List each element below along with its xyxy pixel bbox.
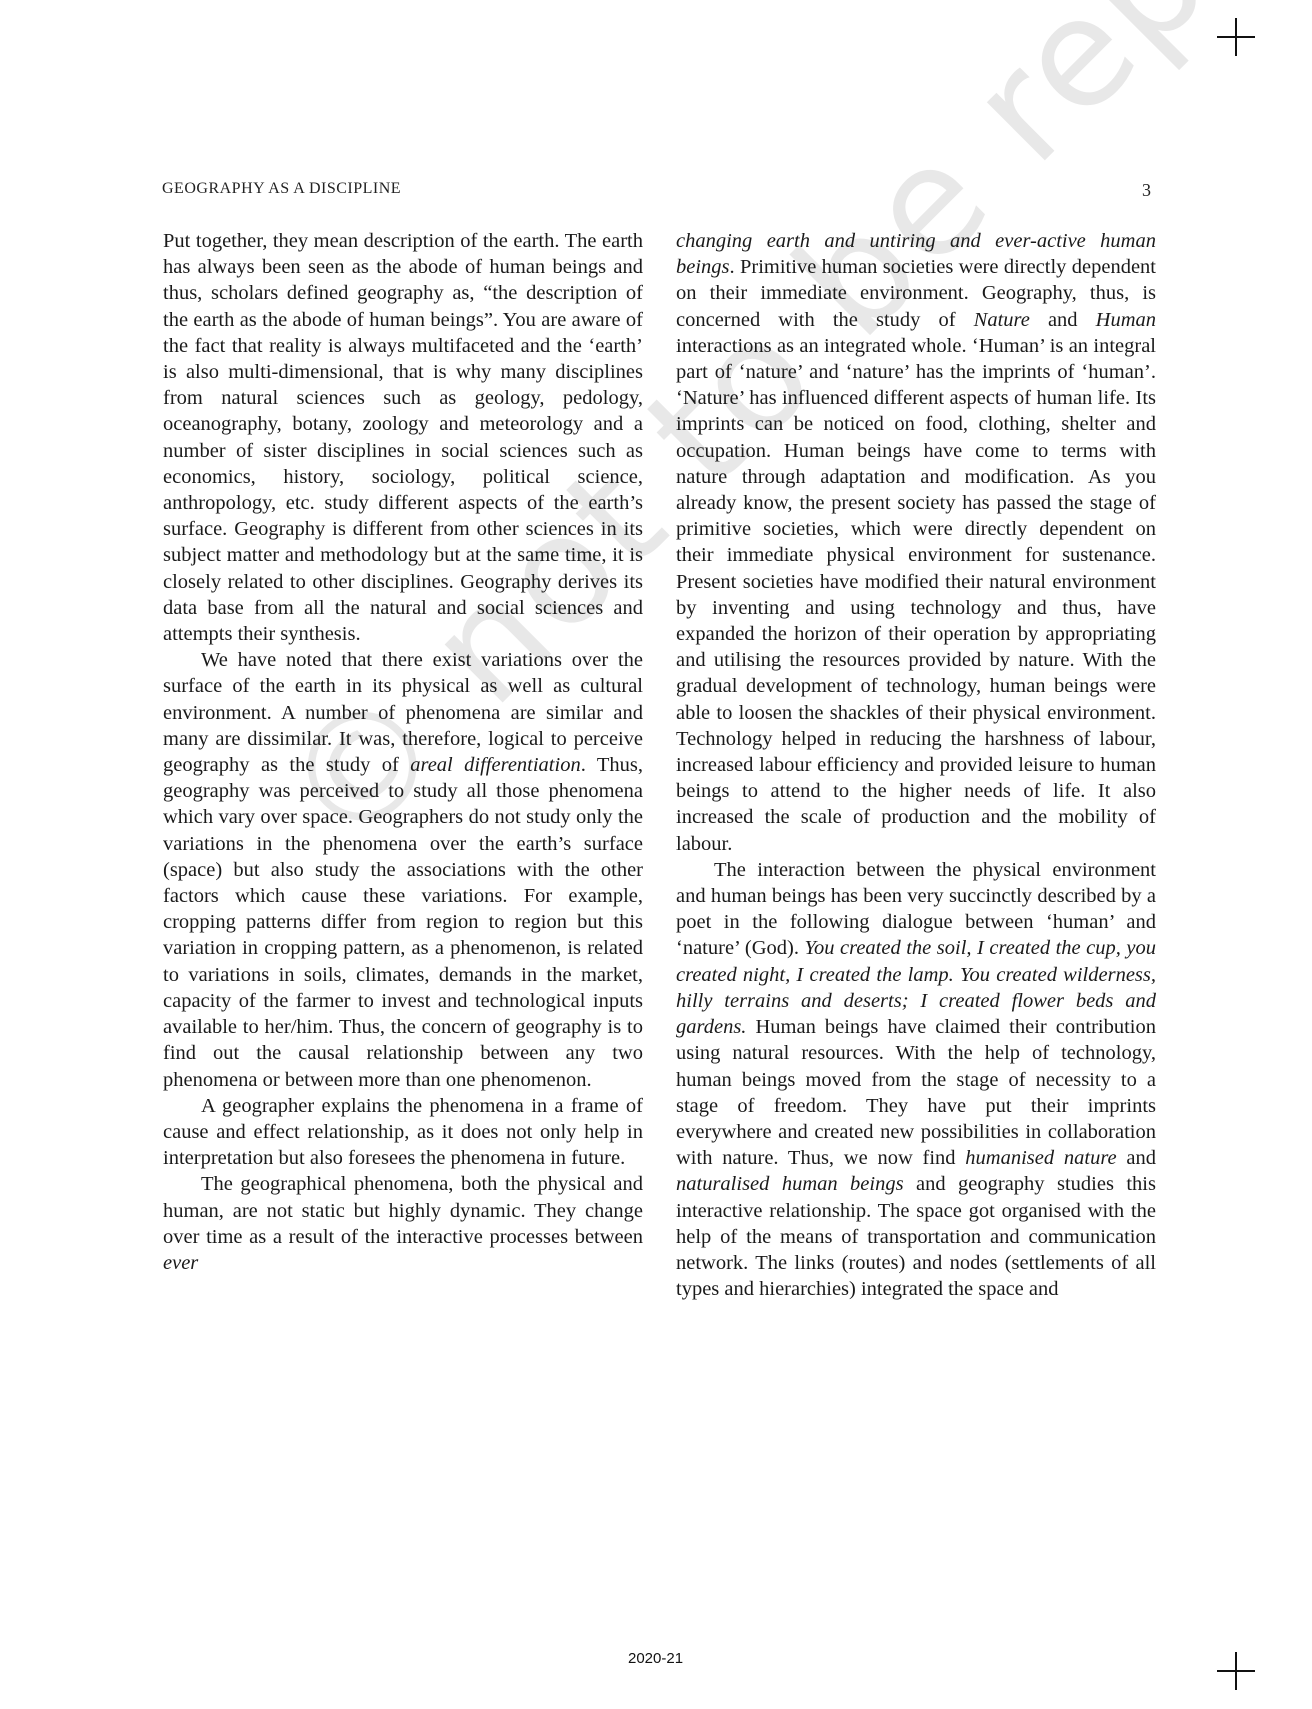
paragraph: The geographical phenomena, both the phy…: [163, 1171, 643, 1276]
running-header-title: GEOGRAPHY AS A DISCIPLINE: [162, 180, 401, 198]
text-run: and: [1117, 1147, 1156, 1169]
emphasis-term: Human: [1096, 309, 1156, 331]
emphasis-term: areal differentiation: [410, 754, 580, 776]
paragraph: A geographer explains the phenomena in a…: [163, 1093, 643, 1172]
text-run: . Thus, geography was perceived to study…: [163, 754, 643, 1090]
text-run: and: [1030, 309, 1096, 331]
paragraph: The interaction between the physical env…: [676, 857, 1156, 1302]
crop-mark-bottom-right: [1217, 1652, 1255, 1690]
right-text-column: changing earth and untiring and ever-act…: [676, 228, 1156, 1302]
emphasis-term: naturalised human beings: [676, 1173, 904, 1195]
emphasis-term: ever: [163, 1252, 198, 1274]
text-run: interactions as an integrated whole. ‘Hu…: [676, 335, 1156, 855]
emphasis-term: Nature: [974, 309, 1030, 331]
crop-mark-top-right: [1217, 18, 1255, 56]
footer-year: 2020-21: [628, 1650, 683, 1667]
paragraph: We have noted that there exist variation…: [163, 647, 643, 1092]
paragraph: changing earth and untiring and ever-act…: [676, 228, 1156, 857]
page-number: 3: [1142, 180, 1151, 201]
emphasis-term: humanised nature: [965, 1147, 1116, 1169]
text-run: The geographical phenomena, both the phy…: [163, 1173, 643, 1247]
left-text-column: Put together, they mean description of t…: [163, 228, 643, 1276]
paragraph: Put together, they mean description of t…: [163, 228, 643, 647]
